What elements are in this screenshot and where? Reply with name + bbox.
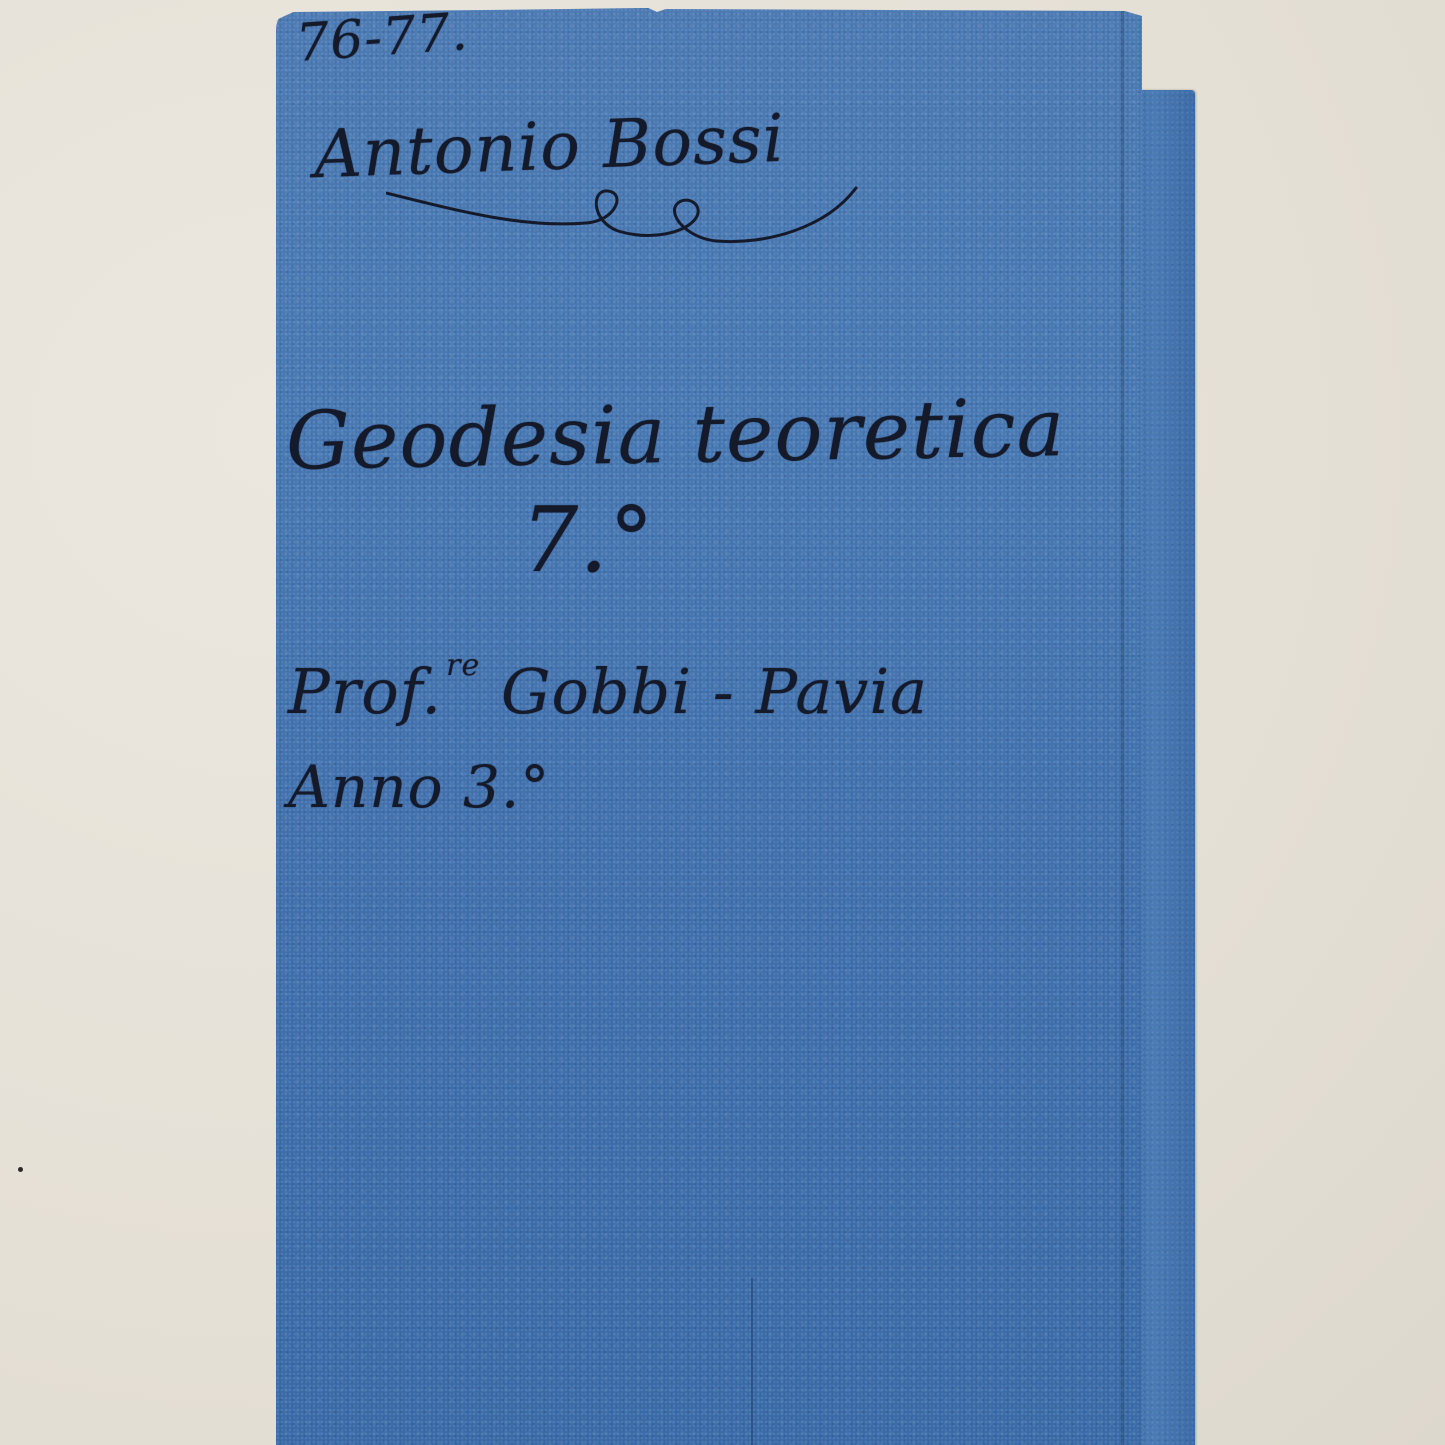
course-year-text: Anno 3.°	[288, 753, 550, 821]
professor-prefix: Prof.	[288, 655, 442, 728]
fold-crease	[751, 1278, 753, 1445]
blue-paper-cover: 76-77. Antonio Bossi Geodesia teoretica …	[276, 8, 1142, 1445]
course-title-text: Geodesia teoretica	[285, 381, 1066, 488]
dust-speck	[18, 1167, 23, 1172]
signature-flourish-icon	[386, 183, 866, 253]
professor-name: Gobbi - Pavia	[501, 655, 928, 728]
owner-name-text: Antonio Bossi	[313, 100, 786, 193]
professor-superscript: re	[446, 648, 480, 683]
volume-number-text: 7.°	[521, 488, 655, 593]
academic-year-text: 76-77.	[294, 2, 470, 74]
professor-line: Prof.re Gobbi - Pavia	[288, 648, 928, 728]
